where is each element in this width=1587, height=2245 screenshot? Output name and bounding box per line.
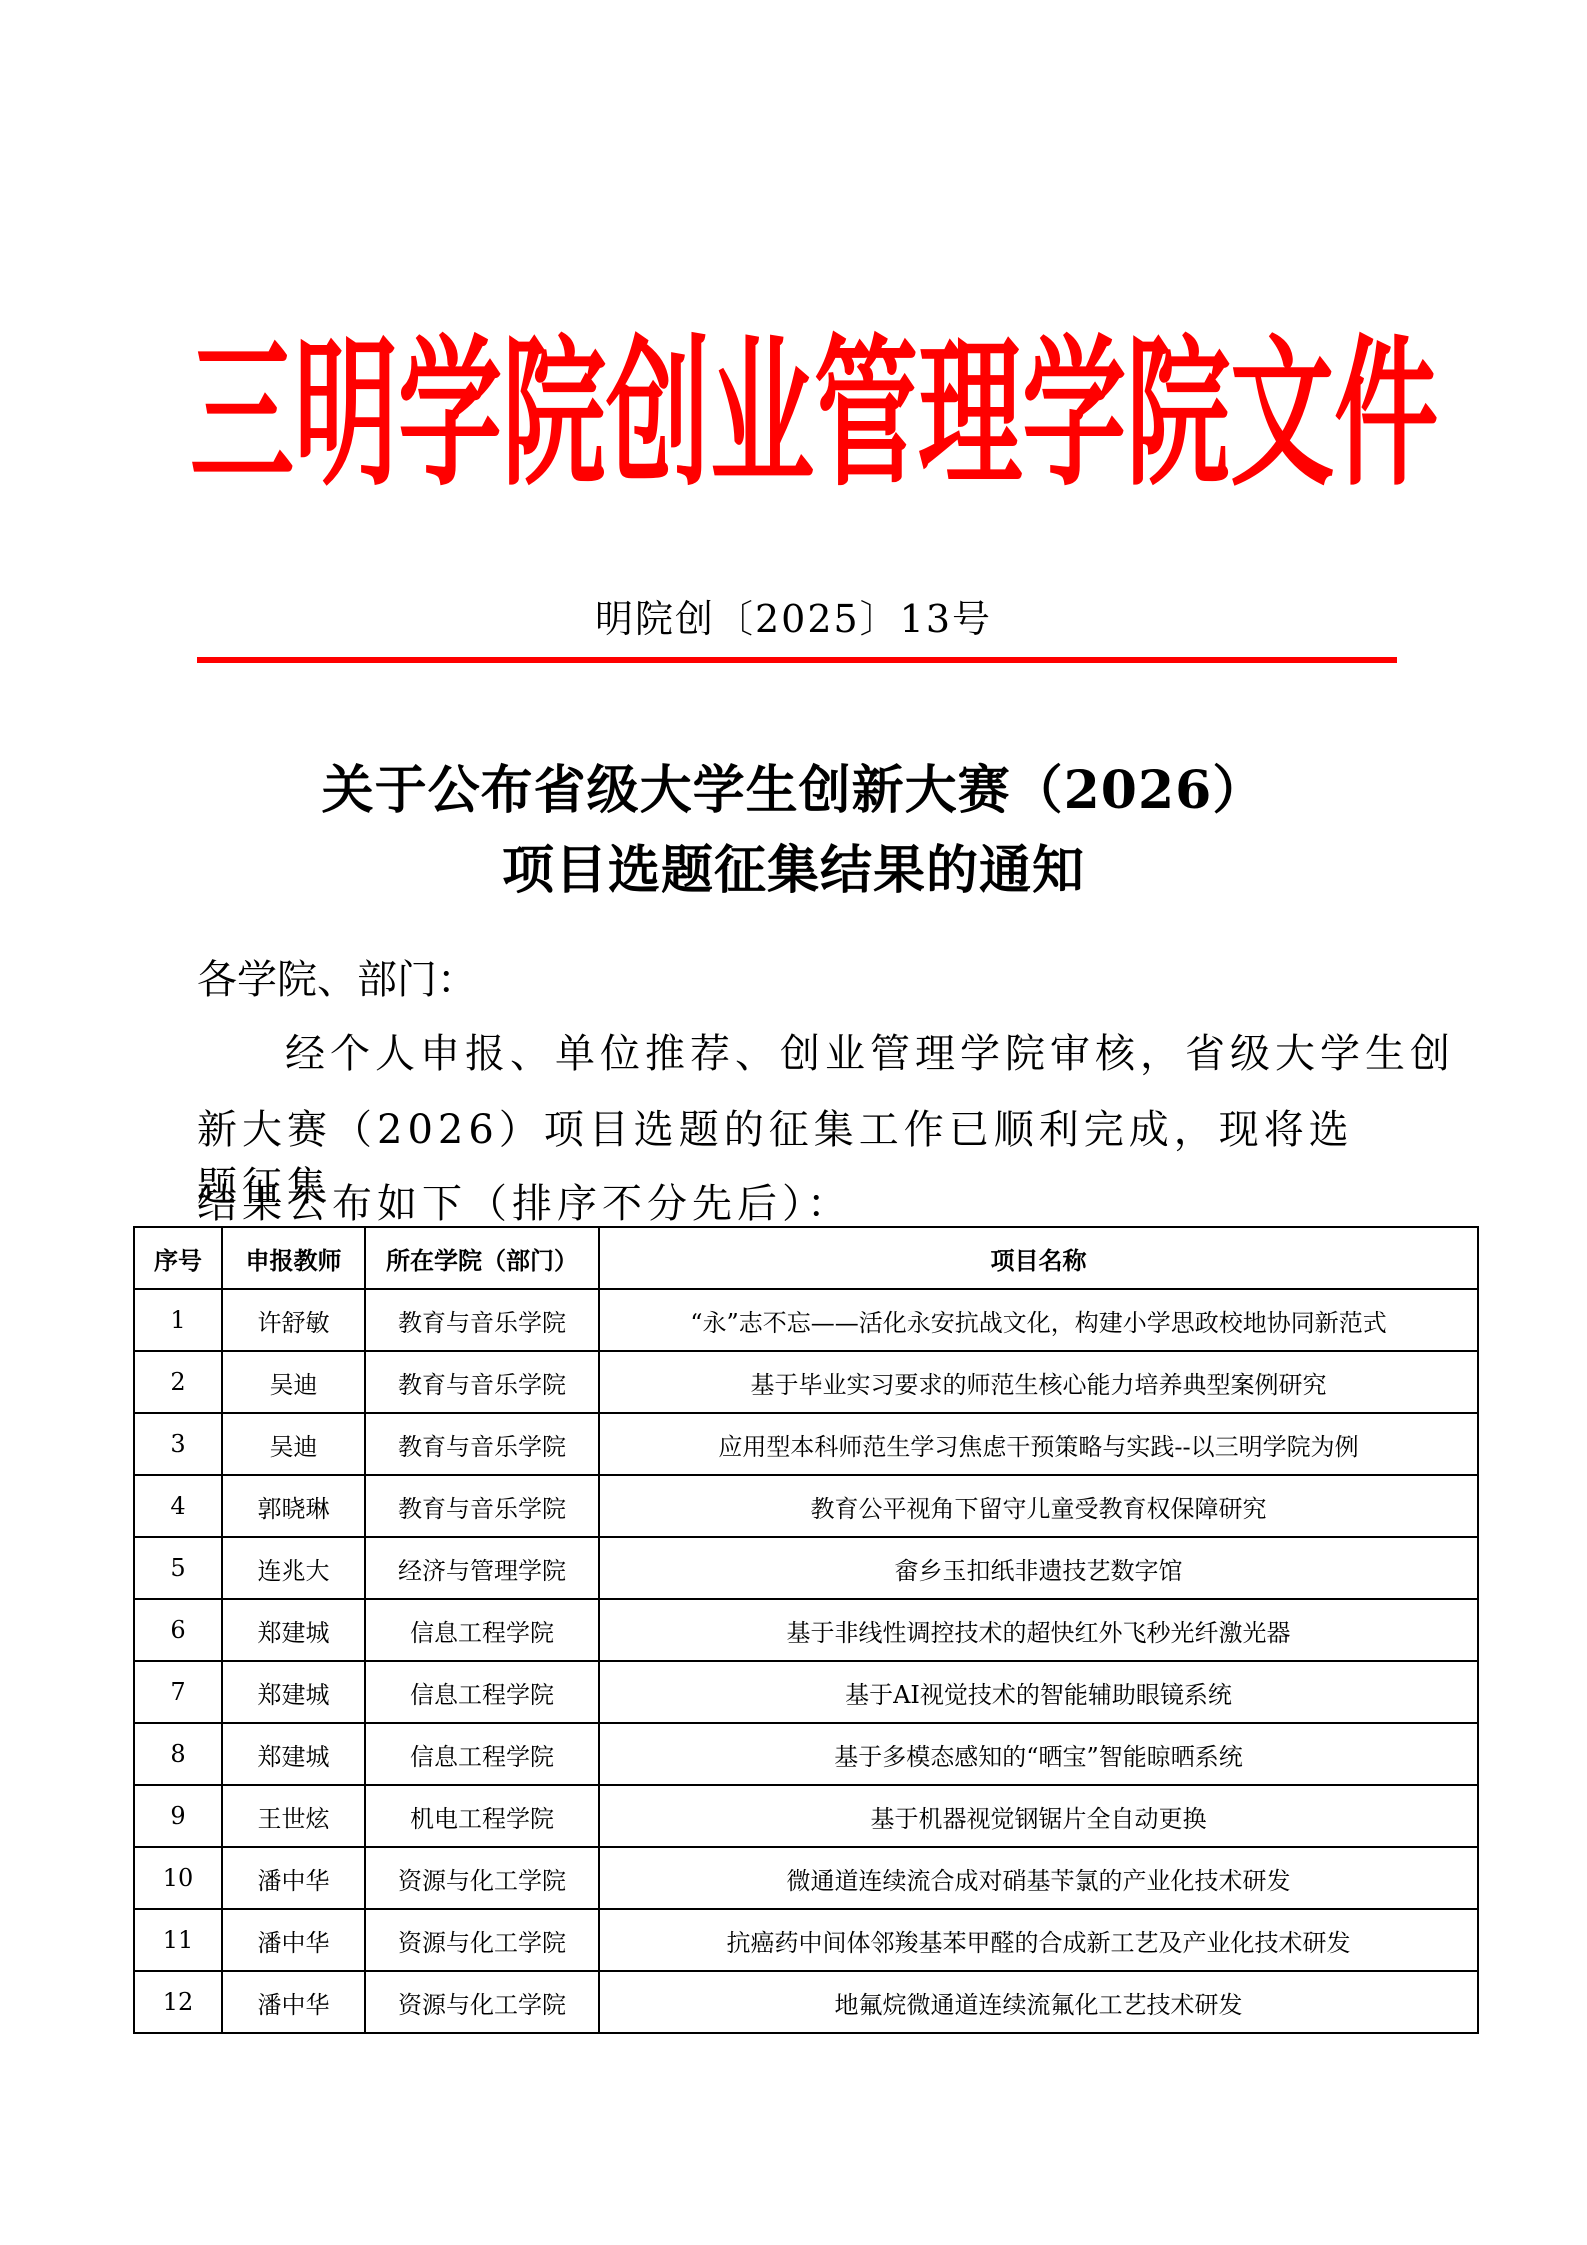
cell-project-name: 应用型本科师范生学习焦虑干预策略与实践--以三明学院为例 bbox=[599, 1413, 1478, 1475]
cell-teacher: 许舒敏 bbox=[222, 1289, 365, 1351]
cell-college: 经济与管理学院 bbox=[365, 1537, 599, 1599]
cell-serial-no: 1 bbox=[134, 1289, 222, 1351]
results-table: 序号 申报教师 所在学院（部门） 项目名称 1许舒敏教育与音乐学院“永”志不忘—… bbox=[133, 1226, 1479, 2034]
masthead-char: 三 bbox=[190, 284, 294, 517]
table-row: 6郑建城信息工程学院基于非线性调控技术的超快红外飞秒光纤激光器 bbox=[134, 1599, 1478, 1661]
masthead-char: 创 bbox=[606, 284, 710, 517]
cell-project-name: 基于毕业实习要求的师范生核心能力培养典型案例研究 bbox=[599, 1351, 1478, 1413]
cell-college: 信息工程学院 bbox=[365, 1599, 599, 1661]
cell-college: 资源与化工学院 bbox=[365, 1971, 599, 2033]
cell-serial-no: 11 bbox=[134, 1909, 222, 1971]
document-number: 明院创〔2025〕13号 bbox=[0, 588, 1587, 643]
cell-teacher: 王世炫 bbox=[222, 1785, 365, 1847]
cell-project-name: 基于非线性调控技术的超快红外飞秒光纤激光器 bbox=[599, 1599, 1478, 1661]
cell-teacher: 潘中华 bbox=[222, 1971, 365, 2033]
header-serial-no: 序号 bbox=[134, 1227, 222, 1289]
cell-serial-no: 10 bbox=[134, 1847, 222, 1909]
cell-serial-no: 8 bbox=[134, 1723, 222, 1785]
table-row: 10潘中华资源与化工学院微通道连续流合成对硝基苄氯的产业化技术研发 bbox=[134, 1847, 1478, 1909]
table-row: 2吴迪教育与音乐学院基于毕业实习要求的师范生核心能力培养典型案例研究 bbox=[134, 1351, 1478, 1413]
header-teacher: 申报教师 bbox=[222, 1227, 365, 1289]
cell-teacher: 郭晓琳 bbox=[222, 1475, 365, 1537]
cell-teacher: 连兆大 bbox=[222, 1537, 365, 1599]
table-row: 5连兆大经济与管理学院畲乡玉扣纸非遗技艺数字馆 bbox=[134, 1537, 1478, 1599]
cell-serial-no: 4 bbox=[134, 1475, 222, 1537]
cell-teacher: 郑建城 bbox=[222, 1599, 365, 1661]
cell-college: 教育与音乐学院 bbox=[365, 1413, 599, 1475]
cell-serial-no: 12 bbox=[134, 1971, 222, 2033]
salutation: 各学院、部门： bbox=[197, 948, 477, 1005]
cell-teacher: 郑建城 bbox=[222, 1661, 365, 1723]
cell-teacher: 郑建城 bbox=[222, 1723, 365, 1785]
cell-project-name: 抗癌药中间体邻羧基苯甲醛的合成新工艺及产业化技术研发 bbox=[599, 1909, 1478, 1971]
masthead-char: 业 bbox=[710, 284, 814, 517]
masthead-char: 管 bbox=[814, 284, 918, 517]
masthead-char: 件 bbox=[1334, 284, 1438, 517]
cell-college: 资源与化工学院 bbox=[365, 1847, 599, 1909]
cell-project-name: 基于AI视觉技术的智能辅助眼镜系统 bbox=[599, 1661, 1478, 1723]
document-masthead: 三明学院创业管理学院文件 bbox=[190, 300, 1340, 500]
cell-teacher: 潘中华 bbox=[222, 1909, 365, 1971]
cell-college: 信息工程学院 bbox=[365, 1723, 599, 1785]
cell-project-name: 基于机器视觉钢锯片全自动更换 bbox=[599, 1785, 1478, 1847]
cell-project-name: 基于多模态感知的“晒宝”智能晾晒系统 bbox=[599, 1723, 1478, 1785]
table-row: 7郑建城信息工程学院基于AI视觉技术的智能辅助眼镜系统 bbox=[134, 1661, 1478, 1723]
notice-title-line-2: 项目选题征集结果的通知 bbox=[0, 828, 1587, 903]
cell-college: 教育与音乐学院 bbox=[365, 1475, 599, 1537]
cell-college: 教育与音乐学院 bbox=[365, 1289, 599, 1351]
table-row: 11潘中华资源与化工学院抗癌药中间体邻羧基苯甲醛的合成新工艺及产业化技术研发 bbox=[134, 1909, 1478, 1971]
cell-teacher: 吴迪 bbox=[222, 1351, 365, 1413]
cell-college: 机电工程学院 bbox=[365, 1785, 599, 1847]
cell-serial-no: 7 bbox=[134, 1661, 222, 1723]
cell-teacher: 吴迪 bbox=[222, 1413, 365, 1475]
masthead-char: 学 bbox=[398, 284, 502, 517]
table-row: 4郭晓琳教育与音乐学院教育公平视角下留守儿童受教育权保障研究 bbox=[134, 1475, 1478, 1537]
cell-college: 资源与化工学院 bbox=[365, 1909, 599, 1971]
cell-serial-no: 6 bbox=[134, 1599, 222, 1661]
table-header-row: 序号 申报教师 所在学院（部门） 项目名称 bbox=[134, 1227, 1478, 1289]
cell-serial-no: 9 bbox=[134, 1785, 222, 1847]
notice-title-line-1: 关于公布省级大学生创新大赛（2026） bbox=[0, 748, 1587, 823]
cell-college: 信息工程学院 bbox=[365, 1661, 599, 1723]
masthead-char: 理 bbox=[918, 284, 1022, 517]
masthead-char: 院 bbox=[502, 284, 606, 517]
header-college: 所在学院（部门） bbox=[365, 1227, 599, 1289]
cell-serial-no: 5 bbox=[134, 1537, 222, 1599]
cell-project-name: 地氟烷微通道连续流氟化工艺技术研发 bbox=[599, 1971, 1478, 2033]
table-row: 9王世炫机电工程学院基于机器视觉钢锯片全自动更换 bbox=[134, 1785, 1478, 1847]
table-row: 12潘中华资源与化工学院地氟烷微通道连续流氟化工艺技术研发 bbox=[134, 1971, 1478, 2033]
masthead-char: 学 bbox=[1022, 284, 1126, 517]
body-line-3: 结果公布如下（排序不分先后）： bbox=[197, 1172, 1397, 1229]
cell-college: 教育与音乐学院 bbox=[365, 1351, 599, 1413]
table-row: 8郑建城信息工程学院基于多模态感知的“晒宝”智能晾晒系统 bbox=[134, 1723, 1478, 1785]
cell-teacher: 潘中华 bbox=[222, 1847, 365, 1909]
cell-project-name: 畲乡玉扣纸非遗技艺数字馆 bbox=[599, 1537, 1478, 1599]
cell-serial-no: 3 bbox=[134, 1413, 222, 1475]
masthead-char: 文 bbox=[1230, 284, 1334, 517]
table-row: 1许舒敏教育与音乐学院“永”志不忘——活化永安抗战文化，构建小学思政校地协同新范… bbox=[134, 1289, 1478, 1351]
cell-project-name: “永”志不忘——活化永安抗战文化，构建小学思政校地协同新范式 bbox=[599, 1289, 1478, 1351]
masthead-char: 院 bbox=[1126, 284, 1230, 517]
red-divider-rule bbox=[197, 657, 1397, 663]
cell-project-name: 微通道连续流合成对硝基苄氯的产业化技术研发 bbox=[599, 1847, 1478, 1909]
cell-project-name: 教育公平视角下留守儿童受教育权保障研究 bbox=[599, 1475, 1478, 1537]
cell-serial-no: 2 bbox=[134, 1351, 222, 1413]
masthead-char: 明 bbox=[294, 284, 398, 517]
body-line-1: 经个人申报、单位推荐、创业管理学院审核，省级大学生创 bbox=[285, 1022, 1485, 1079]
header-project-name: 项目名称 bbox=[599, 1227, 1478, 1289]
table-row: 3吴迪教育与音乐学院应用型本科师范生学习焦虑干预策略与实践--以三明学院为例 bbox=[134, 1413, 1478, 1475]
